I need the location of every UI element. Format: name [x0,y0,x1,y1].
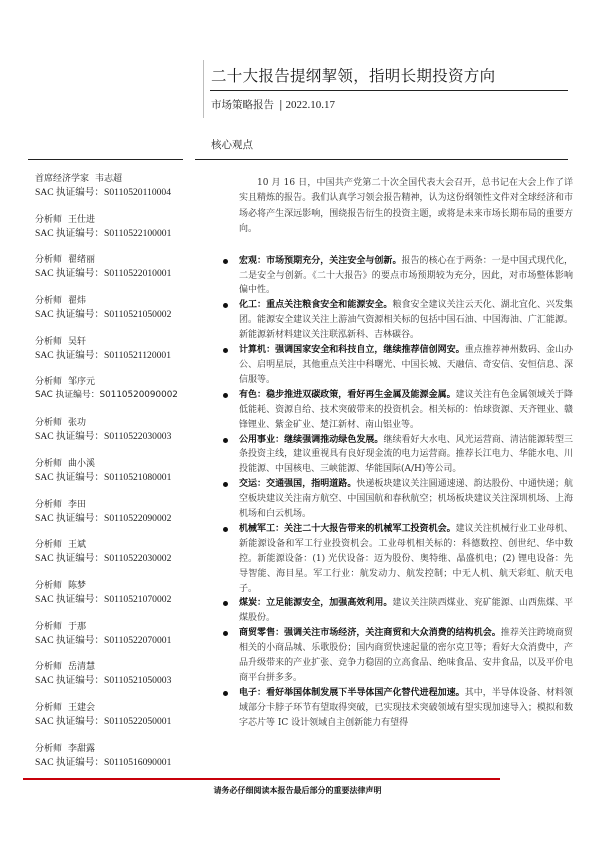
author-name: 王建会 [68,703,95,713]
author-role: 分析师 [35,622,62,632]
author-entry: 分析师陈梦SAC 执证编号：S0110521070002 [35,580,195,606]
bullet-item: 交运：交通强国，指明道路。快递板块建议关注圆通速递、韵达股份、中通快递；航空板块… [221,477,573,522]
cert-label: SAC 执证编号： [35,350,104,361]
bullet-content: 化工：重点关注粮食安全和能源安全。粮食安全建议关注云天化、湖北宜化、兴发集团。能… [239,298,573,343]
cert-label: SAC 执证编号： [35,513,104,524]
author-entry: 首席经济学家韦志超SAC 执证编号：S0110520110004 [35,173,195,199]
bullet-dot-icon [223,527,228,532]
cert-number: S0110522050001 [104,716,171,727]
author-role-line: 分析师王仕进 [35,214,195,227]
author-entry: 分析师王斌SAC 执证编号：S0110522030002 [35,539,195,565]
author-name: 王仕进 [68,215,95,225]
bullet-dot-icon [223,438,228,443]
author-role-line: 分析师张功 [35,417,195,430]
bullet-item: 有色：稳步推进双碳政策，看好再生金属及能源金属。建议关注有色金属领域关于降低能耗… [221,388,573,433]
author-role-line: 首席经济学家韦志超 [35,173,195,186]
cert-label: SAC 执证编号： [35,675,104,686]
cert-label: SAC 执证编号： [35,187,104,198]
author-name: 李田 [68,500,86,510]
bullet-heading: 计算机：强调国家安全和科技自立，继续推荐信创网安。 [239,345,465,355]
author-role-line: 分析师邹序元 [35,376,195,389]
author-name: 陈梦 [68,581,86,591]
bullet-content: 煤炭：立足能源安全，加强高效利用。建议关注陕西煤业、兖矿能源、山西焦煤、平煤股份… [239,596,573,626]
cert-number: S0110522030002 [104,553,171,564]
author-entry: 分析师邹序元SAC 执证编号：S0110520090002 [35,376,195,402]
bullet-dot-icon [223,393,228,398]
bullet-dot-icon [223,259,228,264]
cert-number: S0110522100001 [104,228,171,239]
header-accent-bar [203,60,204,118]
cert-number: S0110522030003 [104,431,171,442]
bullet-dot-icon [223,348,228,353]
author-cert-line: SAC 执证编号：S0110522090002 [35,512,195,525]
bullet-item: 化工：重点关注粮食安全和能源安全。粮食安全建议关注云天化、湖北宜化、兴发集团。能… [221,298,573,343]
bullet-content: 有色：稳步推进双碳政策，看好再生金属及能源金属。建议关注有色金属领域关于降低能耗… [239,388,573,433]
author-role-line: 分析师曲小溪 [35,458,195,471]
bullet-dot-icon [223,691,228,696]
bullet-item: 计算机：强调国家安全和科技自立，继续推荐信创网安。重点推荐神州数码、金山办公、启… [221,343,573,388]
author-cert-line: SAC 执证编号：S0110521070002 [35,593,195,606]
author-name: 张功 [68,418,86,428]
cert-number: S0110522090002 [104,513,171,524]
bullet-heading: 电子：看好举国体制发展下半导体国产化替代进程加速。 [239,688,465,698]
author-entry: 分析师张功SAC 执证编号：S0110522030003 [35,417,195,443]
cert-label: SAC 执证编号： [35,757,104,768]
bullet-content: 电子：看好举国体制发展下半导体国产化替代进程加速。其中，半导体设备、材料领域部分… [239,686,573,731]
cert-label: SAC 执证编号： [35,594,104,605]
cert-label: SAC 执证编号： [35,390,100,400]
author-name: 邹序元 [68,377,95,387]
cert-number: S0110521070002 [104,594,171,605]
author-role: 分析师 [35,377,62,387]
cert-number: S0110520110004 [104,187,171,198]
author-cert-line: SAC 执证编号：S0110521120001 [35,349,195,362]
bullet-content: 宏观：市场预期充分，关注安全与创新。报告的核心在于两条：一是中国式现代化，二是安… [239,254,573,299]
cert-label: SAC 执证编号： [35,309,104,320]
bullet-item: 机械军工：关注二十大报告带来的机械军工投资机会。建议关注机械行业工业母机、新能源… [221,522,573,597]
author-name: 翟炜 [68,296,86,306]
author-name: 吴轩 [68,337,86,347]
cert-number: S0110521120001 [104,350,171,361]
author-name: 李甜露 [68,744,95,754]
author-role: 分析师 [35,744,62,754]
author-cert-line: SAC 执证编号：S0110522100001 [35,227,195,240]
bullet-item: 电子：看好举国体制发展下半导体国产化替代进程加速。其中，半导体设备、材料领域部分… [221,686,573,731]
bullet-heading: 交运：交通强国，指明道路。 [239,479,356,489]
author-cert-line: SAC 执证编号：S0110522030003 [35,430,195,443]
author-role-line: 分析师陈梦 [35,580,195,593]
report-meta: 市场策略报告|2022.10.17 [211,97,335,112]
author-cert-line: SAC 执证编号：S0110522010001 [35,267,195,280]
cert-number: S0110522010001 [104,268,171,279]
cert-number: S0110521050003 [104,675,171,686]
bullet-heading: 机械军工：关注二十大报告带来的机械军工投资机会。 [239,524,456,534]
cert-label: SAC 执证编号： [35,431,104,442]
author-role: 分析师 [35,662,62,672]
author-role-line: 分析师王建会 [35,702,195,715]
bullet-dot-icon [223,303,228,308]
bullet-item: 商贸零售：强调关注市场经济，关注商贸和大众消费的结构机会。推荐关注跨境商贸相关的… [221,626,573,686]
bullet-heading: 有色：稳步推进双碳政策，看好再生金属及能源金属。 [239,390,456,400]
bullet-dot-icon [223,482,228,487]
author-role: 分析师 [35,337,62,347]
bullet-content: 机械军工：关注二十大报告带来的机械军工投资机会。建议关注机械行业工业母机、新能源… [239,522,573,597]
bullet-item: 宏观：市场预期充分，关注安全与创新。报告的核心在于两条：一是中国式现代化，二是安… [221,254,573,299]
author-name: 于那 [68,622,86,632]
cert-label: SAC 执证编号： [35,635,104,646]
author-role-line: 分析师岳清慧 [35,661,195,674]
author-cert-line: SAC 执证编号：S0110522070001 [35,634,195,647]
bullet-heading: 商贸零售：强调关注市场经济，关注商贸和大众消费的结构机会。 [239,628,501,638]
author-name: 王斌 [68,540,86,550]
report-type: 市场策略报告 [211,99,274,111]
cert-label: SAC 执证编号： [35,228,104,239]
footer-divider [23,778,500,780]
cert-label: SAC 执证编号： [35,553,104,564]
cert-number: S0110522070001 [104,635,171,646]
author-role: 分析师 [35,500,62,510]
author-role-line: 分析师王斌 [35,539,195,552]
section-divider [195,159,568,160]
author-cert-line: SAC 执证编号：S0110520090002 [35,389,195,402]
cert-number: S0110516090001 [104,757,171,768]
section-title: 核心观点 [211,137,253,152]
bullet-heading: 煤炭：立足能源安全，加强高效利用。 [239,598,392,608]
author-role: 分析师 [35,540,62,550]
author-role: 分析师 [35,459,62,469]
author-entry: 分析师于那SAC 执证编号：S0110522070001 [35,621,195,647]
author-role: 首席经济学家 [35,174,89,184]
author-role-line: 分析师翟绪丽 [35,254,195,267]
author-name: 岳清慧 [68,662,95,672]
author-entry: 分析师王仕进SAC 执证编号：S0110522100001 [35,214,195,240]
author-entry: 分析师李甜露SAC 执证编号：S0110516090001 [35,743,195,769]
author-entry: 分析师岳清慧SAC 执证编号：S0110521050003 [35,661,195,687]
author-role-line: 分析师李甜露 [35,743,195,756]
meta-separator: | [279,99,283,111]
cert-label: SAC 执证编号： [35,472,104,483]
author-cert-line: SAC 执证编号：S0110520110004 [35,186,195,199]
bullet-content: 计算机：强调国家安全和科技自立，继续推荐信创网安。重点推荐神州数码、金山办公、启… [239,343,573,388]
author-role-line: 分析师翟炜 [35,295,195,308]
author-entry: 分析师吴轩SAC 执证编号：S0110521120001 [35,336,195,362]
cert-number: S0110521050002 [104,309,171,320]
author-name: 翟绪丽 [68,255,95,265]
author-entry: 分析师李田SAC 执证编号：S0110522090002 [35,499,195,525]
authors-divider [28,159,183,160]
title-divider [210,90,568,91]
author-cert-line: SAC 执证编号：S0110521080001 [35,471,195,484]
author-name: 韦志超 [95,174,122,184]
bullet-content: 商贸零售：强调关注市场经济，关注商贸和大众消费的结构机会。推荐关注跨境商贸相关的… [239,626,573,686]
author-entry: 分析师曲小溪SAC 执证编号：S0110521080001 [35,458,195,484]
bullet-item: 煤炭：立足能源安全，加强高效利用。建议关注陕西煤业、兖矿能源、山西焦煤、平煤股份… [221,596,573,626]
author-cert-line: SAC 执证编号：S0110522030002 [35,552,195,565]
author-entry: 分析师王建会SAC 执证编号：S0110522050001 [35,702,195,728]
cert-number: S0110521080001 [104,472,171,483]
author-role: 分析师 [35,418,62,428]
author-entry: 分析师翟绪丽SAC 执证编号：S0110522010001 [35,254,195,280]
cert-label: SAC 执证编号： [35,716,104,727]
author-name: 曲小溪 [68,459,95,469]
bullet-heading: 宏观：市场预期充分，关注安全与创新。 [239,256,402,266]
author-list: 首席经济学家韦志超SAC 执证编号：S0110520110004分析师王仕进SA… [35,173,195,783]
author-cert-line: SAC 执证编号：S0110521050002 [35,308,195,321]
report-title: 二十大报告提纲挈领，指明长期投资方向 [211,64,495,86]
cert-number: S0110520090002 [100,390,178,400]
bullet-heading: 公用事业：继续强调推动绿色发展。 [239,435,383,445]
bullet-content: 公用事业：继续强调推动绿色发展。继续看好大水电、风光运营商、清洁能源转型三条投资… [239,433,573,478]
bullet-text: 建议关注机械行业工业母机、新能源设备和军工行业投资机会。工业母机相关标的：科德数… [239,524,573,594]
bullet-content: 交运：交通强国，指明道路。快递板块建议关注圆通速递、韵达股份、中通快递；航空板块… [239,477,573,522]
bullet-item: 公用事业：继续强调推动绿色发展。继续看好大水电、风光运营商、清洁能源转型三条投资… [221,433,573,478]
author-role: 分析师 [35,215,62,225]
author-entry: 分析师翟炜SAC 执证编号：S0110521050002 [35,295,195,321]
author-role: 分析师 [35,581,62,591]
author-role-line: 分析师李田 [35,499,195,512]
author-role: 分析师 [35,703,62,713]
author-cert-line: SAC 执证编号：S0110522050001 [35,715,195,728]
author-role-line: 分析师于那 [35,621,195,634]
bullet-dot-icon [223,631,228,636]
bullet-dot-icon [223,601,228,606]
core-views: 10 月 16 日，中国共产党第二十次全国代表大会召开，总书记在大会上作了详实且… [221,176,573,731]
author-role: 分析师 [35,255,62,265]
bullet-list: 宏观：市场预期充分，关注安全与创新。报告的核心在于两条：一是中国式现代化，二是安… [221,254,573,731]
legal-disclaimer: 请务必仔细阅读本报告最后部分的重要法律声明 [0,785,595,796]
report-date: 2022.10.17 [286,99,336,111]
author-role-line: 分析师吴轩 [35,336,195,349]
author-cert-line: SAC 执证编号：S0110521050003 [35,674,195,687]
intro-paragraph: 10 月 16 日，中国共产党第二十次全国代表大会召开，总书记在大会上作了详实且… [221,176,573,238]
author-cert-line: SAC 执证编号：S0110516090001 [35,756,195,769]
author-role: 分析师 [35,296,62,306]
bullet-heading: 化工：重点关注粮食安全和能源安全。 [239,300,392,310]
cert-label: SAC 执证编号： [35,268,104,279]
